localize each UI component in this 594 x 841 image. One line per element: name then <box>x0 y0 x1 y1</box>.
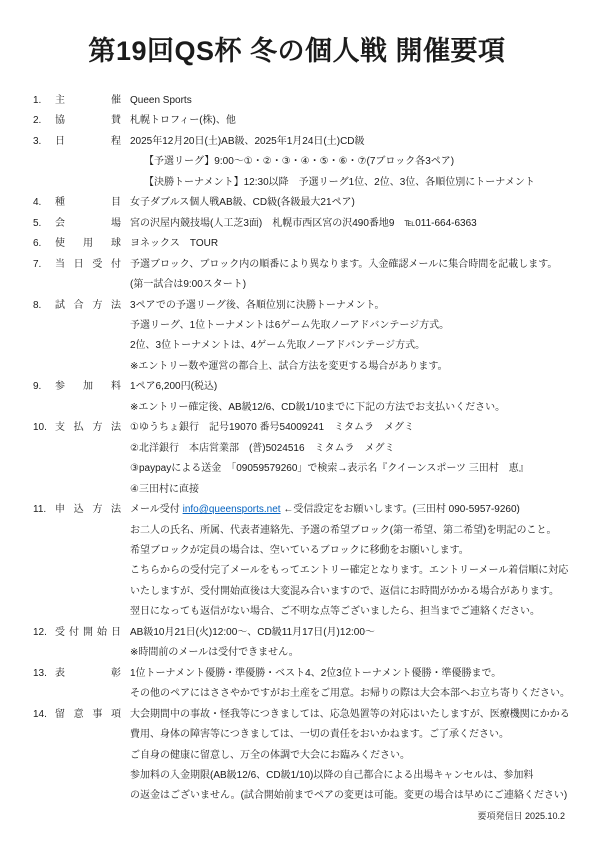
item-number: 11. <box>33 500 55 520</box>
item-row: ※エントリー確定後、AB級12/6、CD級1/10までに下記の方法でお支払いくだ… <box>33 398 570 418</box>
item-row: 8. 試合方法 3ペアでの予選リーグ後、各順位別に決勝トーナメント。 <box>33 296 570 316</box>
item-line-text: 費用、身体の障害等につきましては、一切の責任をおいかねます。ご了承ください。 <box>130 725 570 745</box>
item-row: ※エントリー数や運営の都合上、試合方法を変更する場合があります。 <box>33 357 570 377</box>
item-row: 11. 申込方法 メール受付 info@queensports.net ←受信設… <box>33 500 570 520</box>
item-row: ご自身の健康に留意し、万全の体調で大会にお臨みください。 <box>33 746 570 766</box>
item-number: 10. <box>33 418 55 438</box>
item-row: 費用、身体の障害等につきましては、一切の責任をおいかねます。ご了承ください。 <box>33 725 570 745</box>
item-line-text: ※エントリー数や運営の都合上、試合方法を変更する場合があります。 <box>130 357 570 377</box>
item-line-text: ※時間前のメールは受付できません。 <box>130 643 570 663</box>
item-label: 使用球 <box>55 234 121 254</box>
item-line-text: 宮の沢屋内競技場(人工芝3面) 札幌市西区宮の沢490番地9 ℡011-664-… <box>130 214 570 234</box>
item-number: 4. <box>33 193 55 213</box>
item-row: 9. 参加料 1ペア6,200円(税込) <box>33 377 570 397</box>
item-label: 協賛 <box>55 111 121 131</box>
item-row: (第一試合は9:00スタート) <box>33 275 570 295</box>
item-line-text: 希望ブロックが定員の場合は、空いているブロックに移動をお願いします。 <box>130 541 570 561</box>
item-line-text: ①ゆうちょ銀行 記号19070 番号54009241 ミタムラ メグミ <box>130 418 570 438</box>
item-line-text: その他のペアにはささやかですがお土産をご用意。お帰りの際は大会本部へお立ち寄りく… <box>130 684 570 704</box>
item-row: こちらからの受付完了メールをもってエントリー確定となります。エントリーメール着信… <box>33 561 570 581</box>
item-line-text: 2位、3位トーナメントは、4ゲーム先取ノーアドバンテージ方式。 <box>130 336 570 356</box>
item-label: 参加料 <box>55 377 121 397</box>
item-line-text: 【予選リーグ】9:00～①・②・③・④・⑤・⑥・⑦(7ブロック各3ペア) <box>130 152 570 172</box>
item-number: 1. <box>33 91 55 111</box>
item-row: ③paypayによる送金 「09059579260」で検索→表示名『クイーンスポ… <box>33 459 570 479</box>
item-number: 9. <box>33 377 55 397</box>
item-row: 【予選リーグ】9:00～①・②・③・④・⑤・⑥・⑦(7ブロック各3ペア) <box>33 152 570 172</box>
item-row: 翌日になっても返信がない場合、ご不明な点等ございましたら、担当までご連絡ください… <box>33 602 570 622</box>
items-list: 1. 主催 Queen Sports 2. 協賛 札幌トロフィー(株)、他 3.… <box>33 91 570 807</box>
item-row: ※時間前のメールは受付できません。 <box>33 643 570 663</box>
email-link[interactable]: info@queensports.net <box>183 504 281 515</box>
item-row: 1. 主催 Queen Sports <box>33 91 570 111</box>
item-line-text: 3ペアでの予選リーグ後、各順位別に決勝トーナメント。 <box>130 296 570 316</box>
item-line-text: 2025年12月20日(土)AB級、2025年1月24日(土)CD級 <box>130 132 570 152</box>
item-row: 7. 当日受付 予選ブロック、ブロック内の順番により異なります。入金確認メールに… <box>33 255 570 275</box>
item-line-text: (第一試合は9:00スタート) <box>130 275 570 295</box>
item-row: お二人の氏名、所属、代表者連絡先、予選の希望ブロック(第一希望、第二希望)を明記… <box>33 521 570 541</box>
line-text-part: ←受信設定をお願いします。(三田村 090-5957-9260) <box>281 504 520 515</box>
item-line-text: AB級10月21日(火)12:00～、CD級11月17日(月)12:00～ <box>130 623 570 643</box>
item-line-text: 札幌トロフィー(株)、他 <box>130 111 570 131</box>
item-number: 2. <box>33 111 55 131</box>
item-row: いたしますが、受付開始直後は大変混み合いますので、返信にお時間がかかる場合があり… <box>33 582 570 602</box>
item-number: 7. <box>33 255 55 275</box>
item-row: ④三田村に直接 <box>33 480 570 500</box>
item-row: 4. 種目 女子ダブルス個人戦AB級、CD級(各級最大21ペア) <box>33 193 570 213</box>
item-line-text: ※エントリー確定後、AB級12/6、CD級1/10までに下記の方法でお支払いくだ… <box>130 398 570 418</box>
item-line-text: ②北洋銀行 本店営業部 (普)5024516 ミタムラ メグミ <box>130 439 570 459</box>
item-line-text: Queen Sports <box>130 91 570 111</box>
item-label: 試合方法 <box>55 296 121 316</box>
item-number: 12. <box>33 623 55 643</box>
item-line-text: いたしますが、受付開始直後は大変混み合いますので、返信にお時間がかかる場合があり… <box>130 582 570 602</box>
item-line-text: 翌日になっても返信がない場合、ご不明な点等ございましたら、担当までご連絡ください… <box>130 602 570 622</box>
item-row: 5. 会場 宮の沢屋内競技場(人工芝3面) 札幌市西区宮の沢490番地9 ℡01… <box>33 214 570 234</box>
item-row: 予選リーグ、1位トーナメントは6ゲーム先取ノーアドバンテージ方式。 <box>33 316 570 336</box>
item-number: 14. <box>33 705 55 725</box>
item-line-text: 女子ダブルス個人戦AB級、CD級(各級最大21ペア) <box>130 193 570 213</box>
item-row: 14. 留意事項 大会期間中の事故・怪我等につきましては、応急処置等の対応はいた… <box>33 705 570 725</box>
item-line-text: 参加料の入金期限(AB級12/6、CD級1/10)以降の自己都合による出場キャン… <box>130 766 570 786</box>
item-label: 当日受付 <box>55 255 121 275</box>
item-line-text: 1ペア6,200円(税込) <box>130 377 570 397</box>
item-number: 13. <box>33 664 55 684</box>
item-line-text: 1位トーナメント優勝・準優勝・ベスト4、2位3位トーナメント優勝・準優勝まで。 <box>130 664 570 684</box>
item-line-text: ④三田村に直接 <box>130 480 570 500</box>
item-label: 日程 <box>55 132 121 152</box>
item-line-text: こちらからの受付完了メールをもってエントリー確定となります。エントリーメール着信… <box>130 561 570 581</box>
item-label: 種目 <box>55 193 121 213</box>
item-row: 参加料の入金期限(AB級12/6、CD級1/10)以降の自己都合による出場キャン… <box>33 766 570 786</box>
item-row: 6. 使用球 ヨネックス TOUR <box>33 234 570 254</box>
item-row: ②北洋銀行 本店営業部 (普)5024516 ミタムラ メグミ <box>33 439 570 459</box>
item-label: 支払方法 <box>55 418 121 438</box>
line-text-part: メール受付 <box>130 504 183 515</box>
item-label: 会場 <box>55 214 121 234</box>
item-number: 3. <box>33 132 55 152</box>
item-line-text: ご自身の健康に留意し、万全の体調で大会にお臨みください。 <box>130 746 570 766</box>
item-line-text: お二人の氏名、所属、代表者連絡先、予選の希望ブロック(第一希望、第二希望)を明記… <box>130 521 570 541</box>
item-number: 5. <box>33 214 55 234</box>
item-number: 6. <box>33 234 55 254</box>
item-line-text: 予選リーグ、1位トーナメントは6ゲーム先取ノーアドバンテージ方式。 <box>130 316 570 336</box>
item-line-text: 予選ブロック、ブロック内の順番により異なります。入金確認メールに集合時間を記載し… <box>130 255 570 275</box>
document-page: 第19回QS杯 冬の個人戦 開催要項 1. 主催 Queen Sports 2.… <box>0 0 594 841</box>
item-line-text: 大会期間中の事故・怪我等につきましては、応急処置等の対応はいたしますが、医療機関… <box>130 705 570 725</box>
footer-issue-date: 要項発信日 2025.10.2 <box>0 809 565 822</box>
item-label: 表彰 <box>55 664 121 684</box>
item-row: 13. 表彰 1位トーナメント優勝・準優勝・ベスト4、2位3位トーナメント優勝・… <box>33 664 570 684</box>
item-row: 【決勝トーナメント】12:30以降 予選リーグ1位、2位、3位、各順位別にトーナ… <box>33 173 570 193</box>
item-row: 希望ブロックが定員の場合は、空いているブロックに移動をお願いします。 <box>33 541 570 561</box>
item-row: 12. 受付開始日 AB級10月21日(火)12:00～、CD級11月17日(月… <box>33 623 570 643</box>
item-row: 3. 日程 2025年12月20日(土)AB級、2025年1月24日(土)CD級 <box>33 132 570 152</box>
item-row: その他のペアにはささやかですがお土産をご用意。お帰りの際は大会本部へお立ち寄りく… <box>33 684 570 704</box>
item-line-text: 【決勝トーナメント】12:30以降 予選リーグ1位、2位、3位、各順位別にトーナ… <box>130 173 570 193</box>
item-label: 留意事項 <box>55 705 121 725</box>
document-title: 第19回QS杯 冬の個人戦 開催要項 <box>0 33 594 69</box>
item-label: 申込方法 <box>55 500 121 520</box>
item-row: の返金はございません。(試合開始前までペアの変更は可能。変更の場合は早めにご連絡… <box>33 786 570 806</box>
item-line-text: の返金はございません。(試合開始前までペアの変更は可能。変更の場合は早めにご連絡… <box>130 786 570 806</box>
item-label: 受付開始日 <box>55 623 121 643</box>
item-label: 主催 <box>55 91 121 111</box>
item-line-text: ③paypayによる送金 「09059579260」で検索→表示名『クイーンスポ… <box>130 459 570 479</box>
item-row: 2. 協賛 札幌トロフィー(株)、他 <box>33 111 570 131</box>
item-row: 10. 支払方法 ①ゆうちょ銀行 記号19070 番号54009241 ミタムラ… <box>33 418 570 438</box>
item-number: 8. <box>33 296 55 316</box>
item-row: 2位、3位トーナメントは、4ゲーム先取ノーアドバンテージ方式。 <box>33 336 570 356</box>
item-line-text: ヨネックス TOUR <box>130 234 570 254</box>
item-line-text: メール受付 info@queensports.net ←受信設定をお願いします。… <box>130 500 570 520</box>
